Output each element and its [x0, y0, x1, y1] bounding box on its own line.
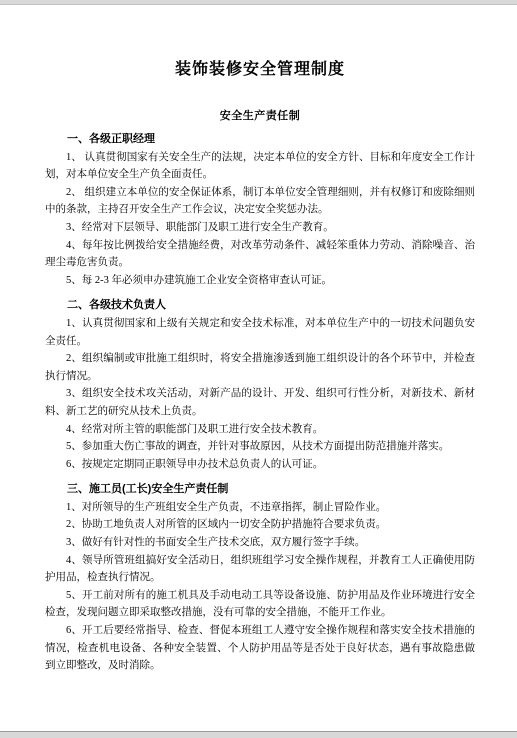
section-item: 4、每年按比例拨给安全措施经费，对改革劳动条件、减轻笨重体力劳动、消除噪音、治理… — [45, 237, 475, 272]
section-item: 2、协助工地负责人对所管的区域内一切安全防护措施符合要求负责。 — [45, 516, 475, 534]
section-item: 1、对所领导的生产班组安全生产负责，不违章指挥，制止冒险作业。 — [45, 499, 475, 517]
document-content: 装饰装修安全管理制度 安全生产责任制 一、各级正职经理 1、 认真贯彻国家有关安… — [45, 4, 475, 675]
section-heading: 三、施工员(工长)安全生产责任制 — [45, 481, 475, 499]
page-bottom-edge — [0, 731, 517, 738]
section-item: 5、开工前对所有的施工机具及手动电动工具等设备设施、防护用品及作业环境进行安全检… — [45, 587, 475, 622]
section-heading: 一、各级正职经理 — [45, 131, 475, 149]
section-item: 3、组织安全技术攻关活动，对新产品的设计、开发、组织可行性分析，对新技术、新材料… — [45, 385, 475, 420]
document-page: 装饰装修安全管理制度 安全生产责任制 一、各级正职经理 1、 认真贯彻国家有关安… — [0, 0, 517, 738]
section-heading: 二、各级技术负责人 — [45, 297, 475, 315]
section-item: 3、经常对下层领导、职能部门及职工进行安全生产教育。 — [45, 219, 475, 237]
document-section: 三、施工员(工长)安全生产责任制 1、对所领导的生产班组安全生产负责，不违章指挥… — [45, 481, 475, 675]
section-item: 6、开工后要经常指导、检查、督促本班组工人遵守安全操作规程和落实安全技术措施的情… — [45, 622, 475, 675]
document-section: 二、各级技术负责人 1、认真贯彻国家和上级有关规定和安全技术标准，对本单位生产中… — [45, 297, 475, 473]
section-item: 5、每 2-3 年必须申办建筑施工企业安全资格审查认可证。 — [45, 272, 475, 290]
section-item: 1、认真贯彻国家和上级有关规定和安全技术标准，对本单位生产中的一切技术问题负安全… — [45, 315, 475, 350]
section-item: 2、 组织建立本单位的安全保证体系，制订本单位安全管理细则，并有权修订和废除细则… — [45, 184, 475, 219]
section-item: 6、按规定定期同正职领导申办技术总负责人的认可证。 — [45, 456, 475, 474]
document-body: 一、各级正职经理 1、 认真贯彻国家有关安全生产的法规，决定本单位的安全方针、目… — [45, 131, 475, 675]
section-item: 4、经常对所主管的职能部门及职工进行安全技术教育。 — [45, 421, 475, 439]
document-title: 装饰装修安全管理制度 — [45, 58, 475, 82]
document-subtitle: 安全生产责任制 — [45, 109, 475, 123]
section-item: 2、组织编制或审批施工组织时，将安全措施渗透到施工组织设计的各个环节中，并检查执… — [45, 350, 475, 385]
document-section: 一、各级正职经理 1、 认真贯彻国家有关安全生产的法规，决定本单位的安全方针、目… — [45, 131, 475, 289]
section-item: 4、领导所管班组搞好安全活动日，组织班组学习安全操作规程，并教育工人正确使用防护… — [45, 552, 475, 587]
section-item: 1、 认真贯彻国家有关安全生产的法规，决定本单位的安全方针、目标和年度安全工作计… — [45, 149, 475, 184]
section-item: 5、参加重大伤亡事故的调查，并针对事故原因，从技术方面提出防范措施并落实。 — [45, 438, 475, 456]
section-item: 3、做好有针对性的书面安全生产技术交底，双方履行签字手续。 — [45, 534, 475, 552]
